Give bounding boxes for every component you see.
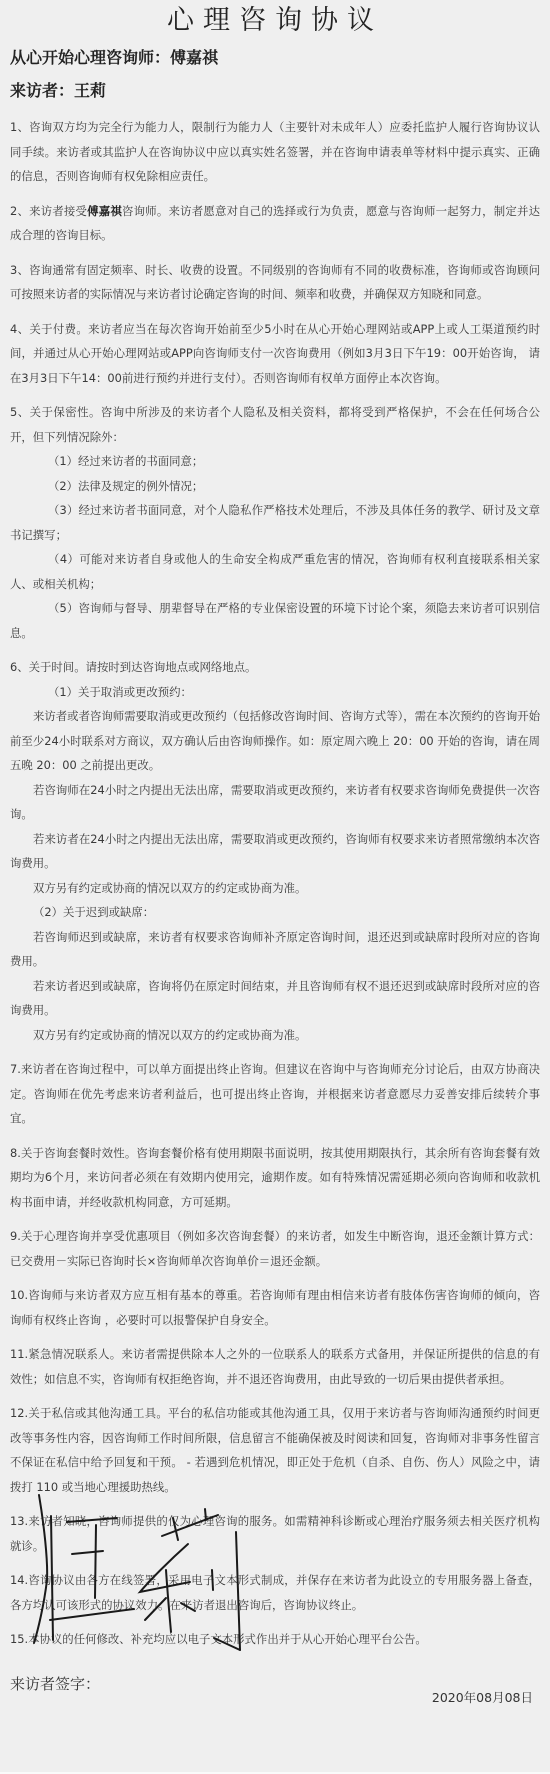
clause-6-2-item: 双方另有约定或协商的情况以双方的约定或协商为准。 <box>10 1023 540 1048</box>
clause-6-1-item: 来访者或者咨询师需要取消或更改预约（包括修改咨询时间、咨询方式等），需在本次预约… <box>10 704 540 778</box>
clause-2: 2、来访者接受傅嘉祺咨询师。来访者愿意对自己的选择或行为负责，愿意与咨询师一起努… <box>10 199 540 248</box>
clause-6-2-item: 若咨询师迟到或缺席，来访者有权要求咨询师补齐原定咨询时间，退还迟到或缺席时段所对… <box>10 925 540 974</box>
clause-5-item: （1）经过来访者的书面同意； <box>10 449 540 474</box>
clause-6: 6、关于时间。请按时到达咨询地点或网络地点。 <box>10 655 540 680</box>
clause-6-1-item: 双方另有约定或协商的情况以双方的约定或协商为准。 <box>10 876 540 901</box>
clause-6-1-title: （1）关于取消或更改预约： <box>10 680 540 705</box>
counselor-name: 傅嘉祺 <box>87 204 122 218</box>
signature-image <box>0 1480 300 1660</box>
clause-7: 7.来访者在咨询过程中，可以单方面提出终止咨询。但建议在咨询中与咨询师充分讨论后… <box>10 1057 540 1131</box>
agreement-document: 心理咨询协议 从心开始心理咨询师：傅嘉祺 来访者：王莉 1、咨询双方均为完全行为… <box>0 0 550 1694</box>
clause-8: 8.关于咨询套餐时效性。咨询套餐价格有使用期限书面说明，按其使用期限执行，其余所… <box>10 1141 540 1215</box>
signature-date: 2020年08月08日 <box>432 1688 533 1706</box>
clause-2-pre: 2、来访者接受 <box>10 204 87 218</box>
clause-1: 1、咨询双方均为完全行为能力人，限制行为能力人（主要针对未成年人）应委托监护人履… <box>10 115 540 189</box>
visitor-label: 来访者：王莉 <box>10 81 540 101</box>
clause-6-2-title: （2）关于迟到或缺席： <box>10 900 540 925</box>
clause-9: 9.关于心理咨询并享受优惠项目（例如多次咨询套餐）的来访者，如发生中断咨询，退还… <box>10 1224 540 1273</box>
clause-11: 11.紧急情况联系人。来访者需提供除本人之外的一位联系人的联系方式备用，并保证所… <box>10 1342 540 1391</box>
counselor-label: 从心开始心理咨询师：傅嘉祺 <box>10 48 540 68</box>
clause-10: 10.咨询师与来访者双方应互相有基本的尊重。若咨询师有理由相信来访者有肢体伤害咨… <box>10 1283 540 1332</box>
clause-5-item: （2）法律及规定的例外情况； <box>10 474 540 499</box>
clause-5: 5、关于保密性。咨询中所涉及的来访者个人隐私及相关资料，都将受到严格保护，不会在… <box>10 400 540 449</box>
clause-5-item: （4）可能对来访者自身或他人的生命安全构成严重危害的情况，咨询师有权利直接联系相… <box>10 547 540 596</box>
clause-4: 4、关于付费。来访者应当在每次咨询开始前至少5小时在从心开始心理网站或APP上或… <box>10 317 540 391</box>
clause-3: 3、咨询通常有固定频率、时长、收费的设置。不同级别的咨询师有不同的收费标准，咨询… <box>10 258 540 307</box>
clause-6-1-item: 若来访者在24小时之内提出无法出席，需要取消或更改预约，咨询师有权要求来访者照常… <box>10 827 540 876</box>
clause-5-item: （5）咨询师与督导、朋辈督导在严格的专业保密设置的环境下讨论个案，须隐去来访者可… <box>10 596 540 645</box>
clause-5-item: （3）经过来访者书面同意，对个人隐私作严格技术处理后，不涉及具体任务的教学、研讨… <box>10 498 540 547</box>
clause-6-1-item: 若咨询师在24小时之内提出无法出席，需要取消或更改预约，来访者有权要求咨询师免费… <box>10 778 540 827</box>
page-title: 心理咨询协议 <box>10 0 540 42</box>
clause-6-2-item: 若来访者迟到或缺席，咨询将仍在原定时间结束，并且咨询师有权不退还迟到或缺席时段所… <box>10 974 540 1023</box>
